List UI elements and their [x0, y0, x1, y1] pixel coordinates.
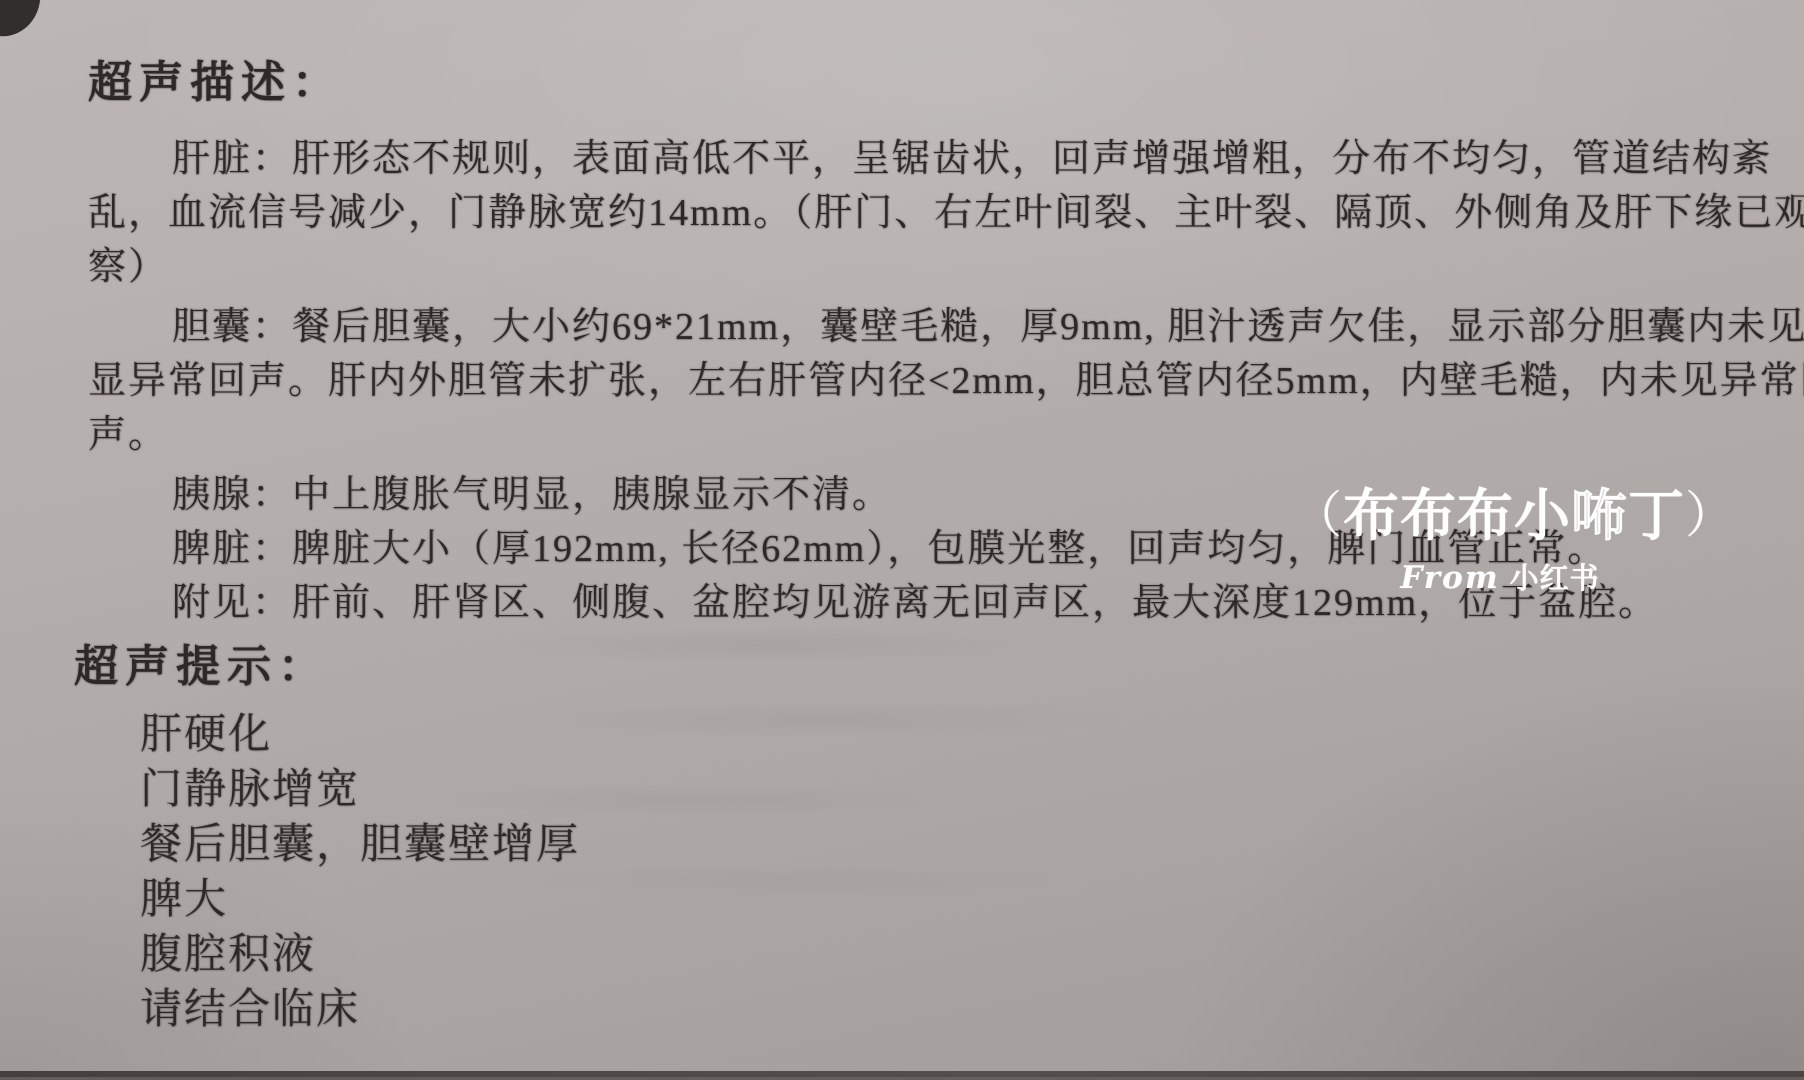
watermark: （布布布小咘丁） From小红书 [1292, 472, 1708, 597]
report-line: 肝脏：肝形态不规则，表面高低不平，呈锯齿状，回声增强增粗，分布不均匀，管道结构紊 [88, 132, 1764, 186]
watermark-open-paren: （ [1292, 487, 1343, 543]
watermark-username: （布布布小咘丁） [1292, 472, 1708, 552]
photo-corner-artifact [0, 0, 42, 42]
impression-item: 餐后胆囊，胆囊壁增厚 [88, 818, 1764, 873]
watermark-from-word: From [1400, 560, 1499, 596]
photo-bottom-edge [0, 1071, 1804, 1080]
report-photo: 超声描述： 肝脏：肝形态不规则，表面高低不平，呈锯齿状，回声增强增粗，分布不均匀… [0, 0, 1804, 1080]
impression-item: 门静脉增宽 [88, 763, 1764, 818]
report-line: 乱，血流信号减少，门静脉宽约14mm。（肝门、右左叶间裂、主叶裂、隔顶、外侧角及… [88, 186, 1764, 240]
impression-item: 腹腔积液 [88, 928, 1764, 983]
report-line: 声。 [88, 408, 1764, 462]
watermark-solid-tail: 丁 [1628, 484, 1685, 547]
watermark-platform-name: 小红书 [1510, 563, 1600, 595]
watermark-source: From小红书 [1292, 556, 1708, 597]
impression-list: 肝硬化门静脉增宽餐后胆囊，胆囊壁增厚脾大腹腔积液请结合临床 [88, 708, 1764, 1038]
impression-item: 肝硬化 [88, 708, 1764, 763]
ultrasound-impression-heading: 超声提示： [74, 638, 1764, 696]
watermark-solid-text: 布布布小 [1343, 484, 1571, 547]
impression-item: 请结合临床 [88, 983, 1764, 1038]
report-line: 胆囊：餐后胆囊，大小约69*21mm，囊壁毛糙，厚9mm, 胆汁透声欠佳，显示部… [88, 300, 1764, 354]
watermark-outline-char: 咘 [1571, 484, 1628, 547]
watermark-close-paren: ） [1685, 487, 1736, 543]
impression-item: 脾大 [88, 873, 1764, 928]
ultrasound-description-heading: 超声描述： [88, 54, 1764, 112]
report-line: 显异常回声。肝内外胆管未扩张，左右肝管内径<2mm，胆总管内径5mm，内壁毛糙，… [88, 354, 1764, 408]
report-line: 察） [88, 240, 1764, 294]
